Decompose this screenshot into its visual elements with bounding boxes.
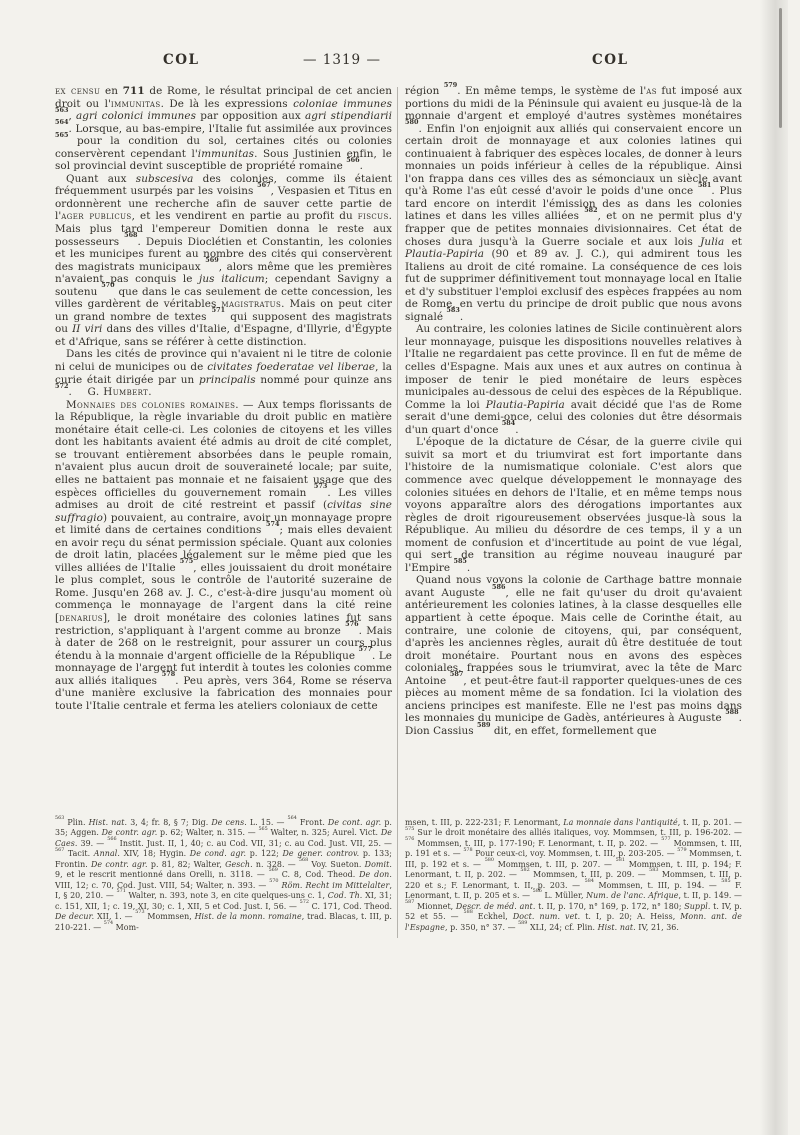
running-title-left: COL bbox=[163, 52, 200, 68]
scan-edge-artifact bbox=[779, 8, 782, 128]
footnote-text: 563 Plin. Hist. nat. 3, 4; fr. 8, § 7; D… bbox=[55, 818, 392, 932]
paragraph: ex censu en 711 de Rome, le résultat pri… bbox=[55, 85, 392, 173]
paragraph: Monnaies des colonies romaines. — Aux te… bbox=[55, 399, 392, 713]
paragraph: L'époque de la dictature de César, de la… bbox=[405, 436, 742, 574]
scanned-page: COL — 1319 — COL ex censu en 711 de Rome… bbox=[0, 0, 800, 1135]
footnotes-left: 563 Plin. Hist. nat. 3, 4; fr. 8, § 7; D… bbox=[55, 818, 392, 933]
paragraph: Dans les cités de province qui n'avaient… bbox=[55, 348, 392, 398]
paragraph: région 579. En même temps, le système de… bbox=[405, 85, 742, 323]
right-column: région 579. En même temps, le système de… bbox=[405, 85, 742, 737]
left-column: ex censu en 711 de Rome, le résultat pri… bbox=[55, 85, 392, 712]
footnotes-right: msen, t. III, p. 222-231; F. Lenormant, … bbox=[405, 818, 742, 933]
column-rule bbox=[397, 87, 398, 938]
footnote-text: msen, t. III, p. 222-231; F. Lenormant, … bbox=[405, 818, 742, 932]
scan-right-edge-shading bbox=[760, 0, 788, 1135]
paragraph: Quand nous voyons la colonie de Carthage… bbox=[405, 574, 742, 737]
paragraph: Quant aux subscesiva des colonies, comme… bbox=[55, 173, 392, 349]
page-number: — 1319 — bbox=[303, 52, 381, 68]
paragraph: Au contraire, les colonies latines de Si… bbox=[405, 323, 742, 436]
running-title-right: COL bbox=[592, 52, 629, 68]
